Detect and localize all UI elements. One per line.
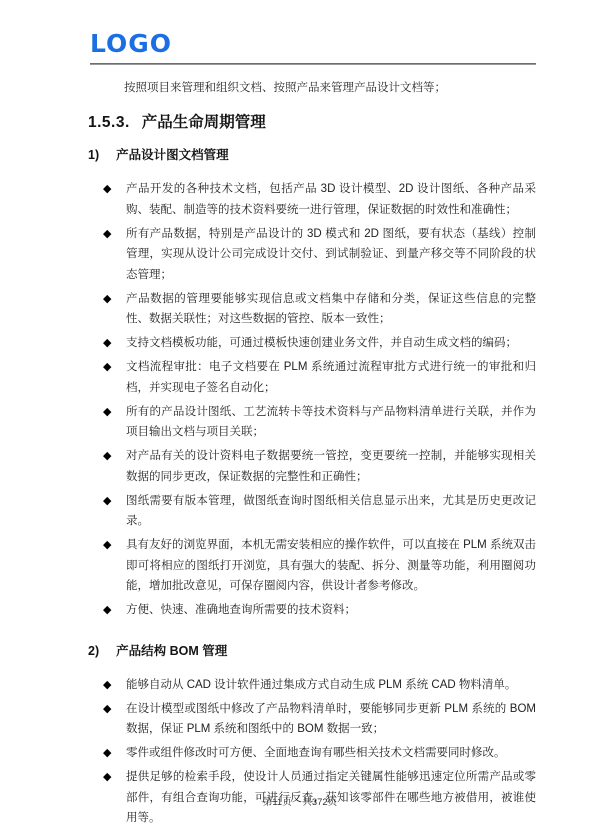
page-header: LOGO (0, 0, 600, 65)
list-item-text: 产品数据的管理要能够实现信息或文档集中存储和分类，保证这些信息的完整性、数据关联… (126, 293, 536, 326)
diamond-bullet-icon: ◆ (103, 333, 111, 354)
list-item: ◆ 支持文档模板功能，可通过模板快速创建业务文件，并自动生成文档的编码； (88, 333, 536, 354)
list-item-text: 能够自动从 CAD 设计软件通过集成方式自动生成 PLM 系统 CAD 物料清单… (126, 679, 516, 691)
list-item-text: 方便、快速、准确地查询所需要的技术资料； (126, 604, 356, 616)
list-item-text: 所有产品数据，特别是产品设计的 3D 模式和 2D 图纸，要有状态（基线）控制管… (126, 228, 536, 281)
list-item: ◆ 零件或组件修改时可方便、全面地查询有哪些相关技术文档需要同时修改。 (88, 743, 536, 764)
list-item-text: 具有友好的浏览界面，本机无需安装相应的操作软件，可以直接在 PLM 系统双击即可… (126, 539, 536, 592)
diamond-bullet-icon: ◆ (103, 289, 111, 310)
list-item-text: 产品开发的各种技术文档，包括产品 3D 设计模型、2D 设计图纸、各种产品采购、… (126, 183, 536, 216)
section-title: 产品生命周期管理 (142, 114, 266, 131)
list-item-text: 所有的产品设计图纸、工艺流转卡等技术资料与产品物料清单进行关联，并作为项目输出文… (126, 406, 536, 439)
section-number: 1.5.3. (88, 114, 130, 131)
diamond-bullet-icon: ◆ (103, 179, 111, 200)
list-item: ◆ 产品数据的管理要能够实现信息或文档集中存储和分类，保证这些信息的完整性、数据… (88, 289, 536, 330)
subsection-1-number: 1) (88, 148, 99, 162)
page-number: 第11页 (263, 797, 292, 808)
diamond-bullet-icon: ◆ (103, 675, 111, 696)
list-item: ◆ 所有的产品设计图纸、工艺流转卡等技术资料与产品物料清单进行关联，并作为项目输… (88, 402, 536, 443)
diamond-bullet-icon: ◆ (103, 535, 111, 556)
list-item-text: 图纸需要有版本管理，做图纸查询时图纸相关信息显示出来，尤其是历史更改记录。 (126, 495, 536, 528)
diamond-bullet-icon: ◆ (103, 699, 111, 720)
subsection-1-title: 产品设计图文档管理 (116, 148, 229, 162)
diamond-bullet-icon: ◆ (103, 600, 111, 621)
list-item-text: 零件或组件修改时可方便、全面地查询有哪些相关技术文档需要同时修改。 (126, 747, 506, 759)
list-item: ◆ 在设计模型或图纸中修改了产品物料清单时，要能够同步更新 PLM 系统的 BO… (88, 699, 536, 740)
subsection-2-number: 2) (88, 644, 99, 658)
list-item-text: 支持文档模板功能，可通过模板快速创建业务文件，并自动生成文档的编码； (126, 337, 517, 349)
subsection-2-title: 产品结构 BOM 管理 (116, 644, 227, 658)
list-item: ◆ 对产品有关的设计资料电子数据要统一管控，变更要统一控制，并能够实现相关数据的… (88, 446, 536, 487)
list-item-text: 文档流程审批：电子文档要在 PLM 系统通过流程审批方式进行统一的审批和归档，并… (126, 361, 536, 394)
diamond-bullet-icon: ◆ (103, 767, 111, 788)
diamond-bullet-icon: ◆ (103, 743, 111, 764)
diamond-bullet-icon: ◆ (103, 446, 111, 467)
diamond-bullet-icon: ◆ (103, 357, 111, 378)
total-pages: 共372页 (302, 797, 337, 808)
list-item-text: 在设计模型或图纸中修改了产品物料清单时，要能够同步更新 PLM 系统的 BOM … (126, 703, 536, 736)
document-page: LOGO 按照项目来管理和组织文档、按照产品来管理产品设计文档等； 1.5.3.… (0, 0, 600, 829)
diamond-bullet-icon: ◆ (103, 491, 111, 512)
list-item: ◆ 能够自动从 CAD 设计软件通过集成方式自动生成 PLM 系统 CAD 物料… (88, 675, 536, 696)
list-item: ◆ 文档流程审批：电子文档要在 PLM 系统通过流程审批方式进行统一的审批和归档… (88, 357, 536, 398)
section-heading: 1.5.3.产品生命周期管理 (88, 113, 536, 133)
intro-paragraph: 按照项目来管理和组织文档、按照产品来管理产品设计文档等； (88, 80, 536, 97)
diamond-bullet-icon: ◆ (103, 224, 111, 245)
subsection-1-heading: 1)产品设计图文档管理 (88, 147, 536, 164)
diamond-bullet-icon: ◆ (103, 402, 111, 423)
list-item: ◆ 图纸需要有版本管理，做图纸查询时图纸相关信息显示出来，尤其是历史更改记录。 (88, 491, 536, 532)
list-item: ◆ 方便、快速、准确地查询所需要的技术资料； (88, 600, 536, 621)
company-logo: LOGO (90, 32, 172, 57)
header-rule (90, 63, 536, 65)
subsection-2-heading: 2)产品结构 BOM 管理 (88, 643, 536, 660)
list-item: ◆ 产品开发的各种技术文档，包括产品 3D 设计模型、2D 设计图纸、各种产品采… (88, 179, 536, 220)
list-item-text: 对产品有关的设计资料电子数据要统一管控，变更要统一控制，并能够实现相关数据的同步… (126, 450, 536, 483)
page-footer: 第11页 共372页 (0, 794, 600, 808)
document-body: 按照项目来管理和组织文档、按照产品来管理产品设计文档等； 1.5.3.产品生命周… (88, 80, 536, 829)
list-item: ◆ 具有友好的浏览界面，本机无需安装相应的操作软件，可以直接在 PLM 系统双击… (88, 535, 536, 597)
list-item: ◆ 所有产品数据，特别是产品设计的 3D 模式和 2D 图纸，要有状态（基线）控… (88, 224, 536, 286)
subsection-1-bullet-list: ◆ 产品开发的各种技术文档，包括产品 3D 设计模型、2D 设计图纸、各种产品采… (88, 179, 536, 621)
